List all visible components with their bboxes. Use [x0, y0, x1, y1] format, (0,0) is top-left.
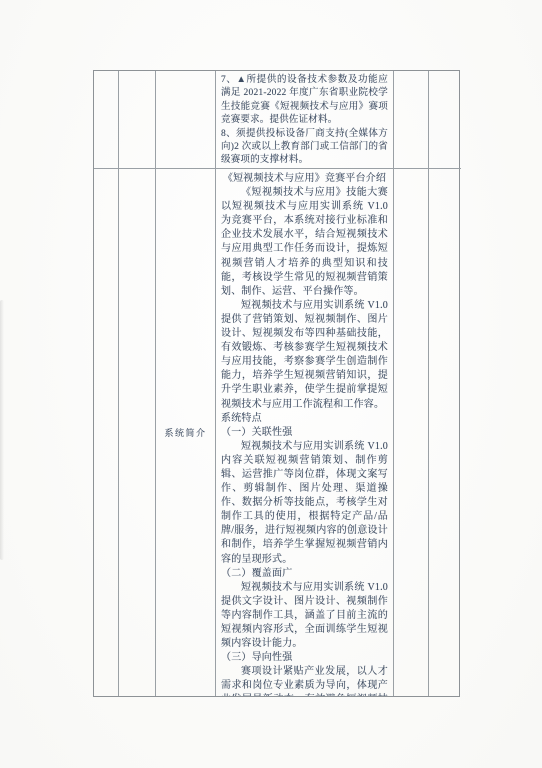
row1-col-a-empty-cell [94, 71, 119, 169]
requirements-table: 7、▲所提供的设备技术参数及功能应满足 2021-2022 年度广东省职业院校学… [93, 70, 460, 697]
row2-label-cell: 系统简介 [156, 169, 216, 696]
system-intro-label: 系统简介 [164, 426, 206, 439]
scan-shadow [0, 300, 4, 560]
requirement-item-8: 8、须提供投标设备厂商支持(全媒体方向)2 次或以上教育部门或工信部门的省级赛项… [221, 128, 388, 168]
row2-col-f-empty-cell [429, 169, 461, 696]
row1-requirements-cell: 7、▲所提供的设备技术参数及功能应满足 2021-2022 年度广东省职业院校学… [216, 71, 394, 169]
row2-col-e-empty-cell [394, 169, 429, 696]
document-page: 7、▲所提供的设备技术参数及功能应满足 2021-2022 年度广东省职业院校学… [0, 0, 542, 768]
row2-col-a-empty-cell [94, 169, 119, 696]
feature-2-paragraph: 短视频技术与应用实训系统 V1.0 提供文字设计、图片设计、视频制作等内容制作工… [221, 581, 388, 651]
feature-1-paragraph: 短视频技术与应用实训系统 V1.0 内容关联短视频营销策划、制作剪辑、运营推广等… [221, 440, 388, 567]
requirement-item-7: 7、▲所提供的设备技术参数及功能应满足 2021-2022 年度广东省职业院校学… [221, 74, 388, 128]
platform-intro-paragraph-2: 短视频技术与应用实训系统 V1.0 提供了营销策划、短视频制作、图片设计、短视频… [221, 299, 388, 412]
feature-3-paragraph: 赛项设计紧贴产业发展，以人才需求和岗位专业素质为导向，体现产业发展最新动态，有效… [221, 665, 388, 696]
row1-col-e-empty-cell [394, 71, 429, 169]
row2-system-intro-cell: 《短视频技术与应用》竞赛平台介绍 《短视频技术与应用》技能大赛以短视频技术与应用… [216, 169, 394, 696]
platform-intro-paragraph-1: 《短视频技术与应用》技能大赛以短视频技术与应用实训系统 V1.0 为竞赛平台，本… [221, 186, 388, 299]
row1-col-b-empty-cell [119, 71, 156, 169]
platform-intro-title: 《短视频技术与应用》竞赛平台介绍 [221, 172, 388, 186]
system-features-heading: 系统特点 [221, 412, 388, 426]
row1-col-c-empty-cell [156, 71, 216, 169]
feature-3-heading: （三）导向性强 [221, 651, 388, 665]
feature-2-heading: （二）覆盖面广 [221, 567, 388, 581]
row1-col-f-empty-cell [429, 71, 461, 169]
row2-col-b-empty-cell [119, 169, 156, 696]
feature-1-heading: （一）关联性强 [221, 426, 388, 440]
